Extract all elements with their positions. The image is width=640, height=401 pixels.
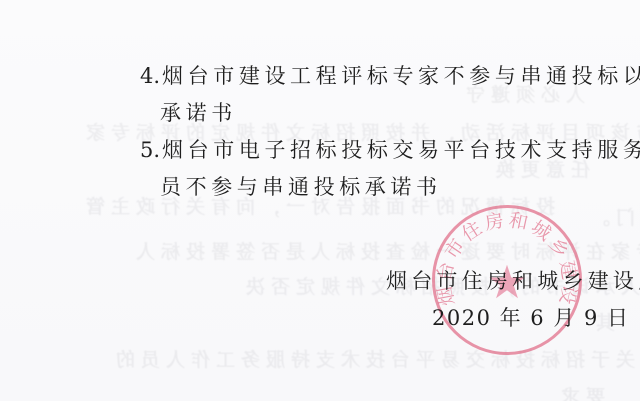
- list-item-text: 承诺书: [160, 101, 237, 125]
- list-item-text: 员不参与串通投标承诺书: [160, 175, 442, 199]
- list-item-4-line-2: 承诺书: [160, 97, 237, 127]
- list-item-text: 烟台市建设工程评标专家不参与串通投标以及回避: [162, 64, 640, 88]
- list-item-text: 烟台市电子招标投标交易平台技术支持服务工作人: [162, 138, 640, 162]
- list-item-5-line-1: 5.烟台市电子招标投标交易平台技术支持服务工作人: [140, 134, 640, 164]
- issue-date: 2020 年 6 月 9 日: [432, 302, 630, 332]
- bleed-through-text: 部门。: [585, 203, 640, 230]
- bleed-through-text: 要求: [555, 382, 605, 401]
- list-item-number: 4.: [140, 64, 160, 88]
- document-page: 人必须遵守 其参与该项目评标活动，并按照招标文件规定的评标专家 任意更换 投标情…: [0, 0, 640, 401]
- issuing-organization: 烟台市住房和城乡建设局: [386, 265, 640, 295]
- list-item-number: 5.: [140, 138, 160, 162]
- list-item-5-line-2: 员不参与串通投标承诺书: [160, 171, 442, 201]
- list-item-4-line-1: 4.烟台市建设工程评标专家不参与串通投标以及回避: [140, 60, 640, 90]
